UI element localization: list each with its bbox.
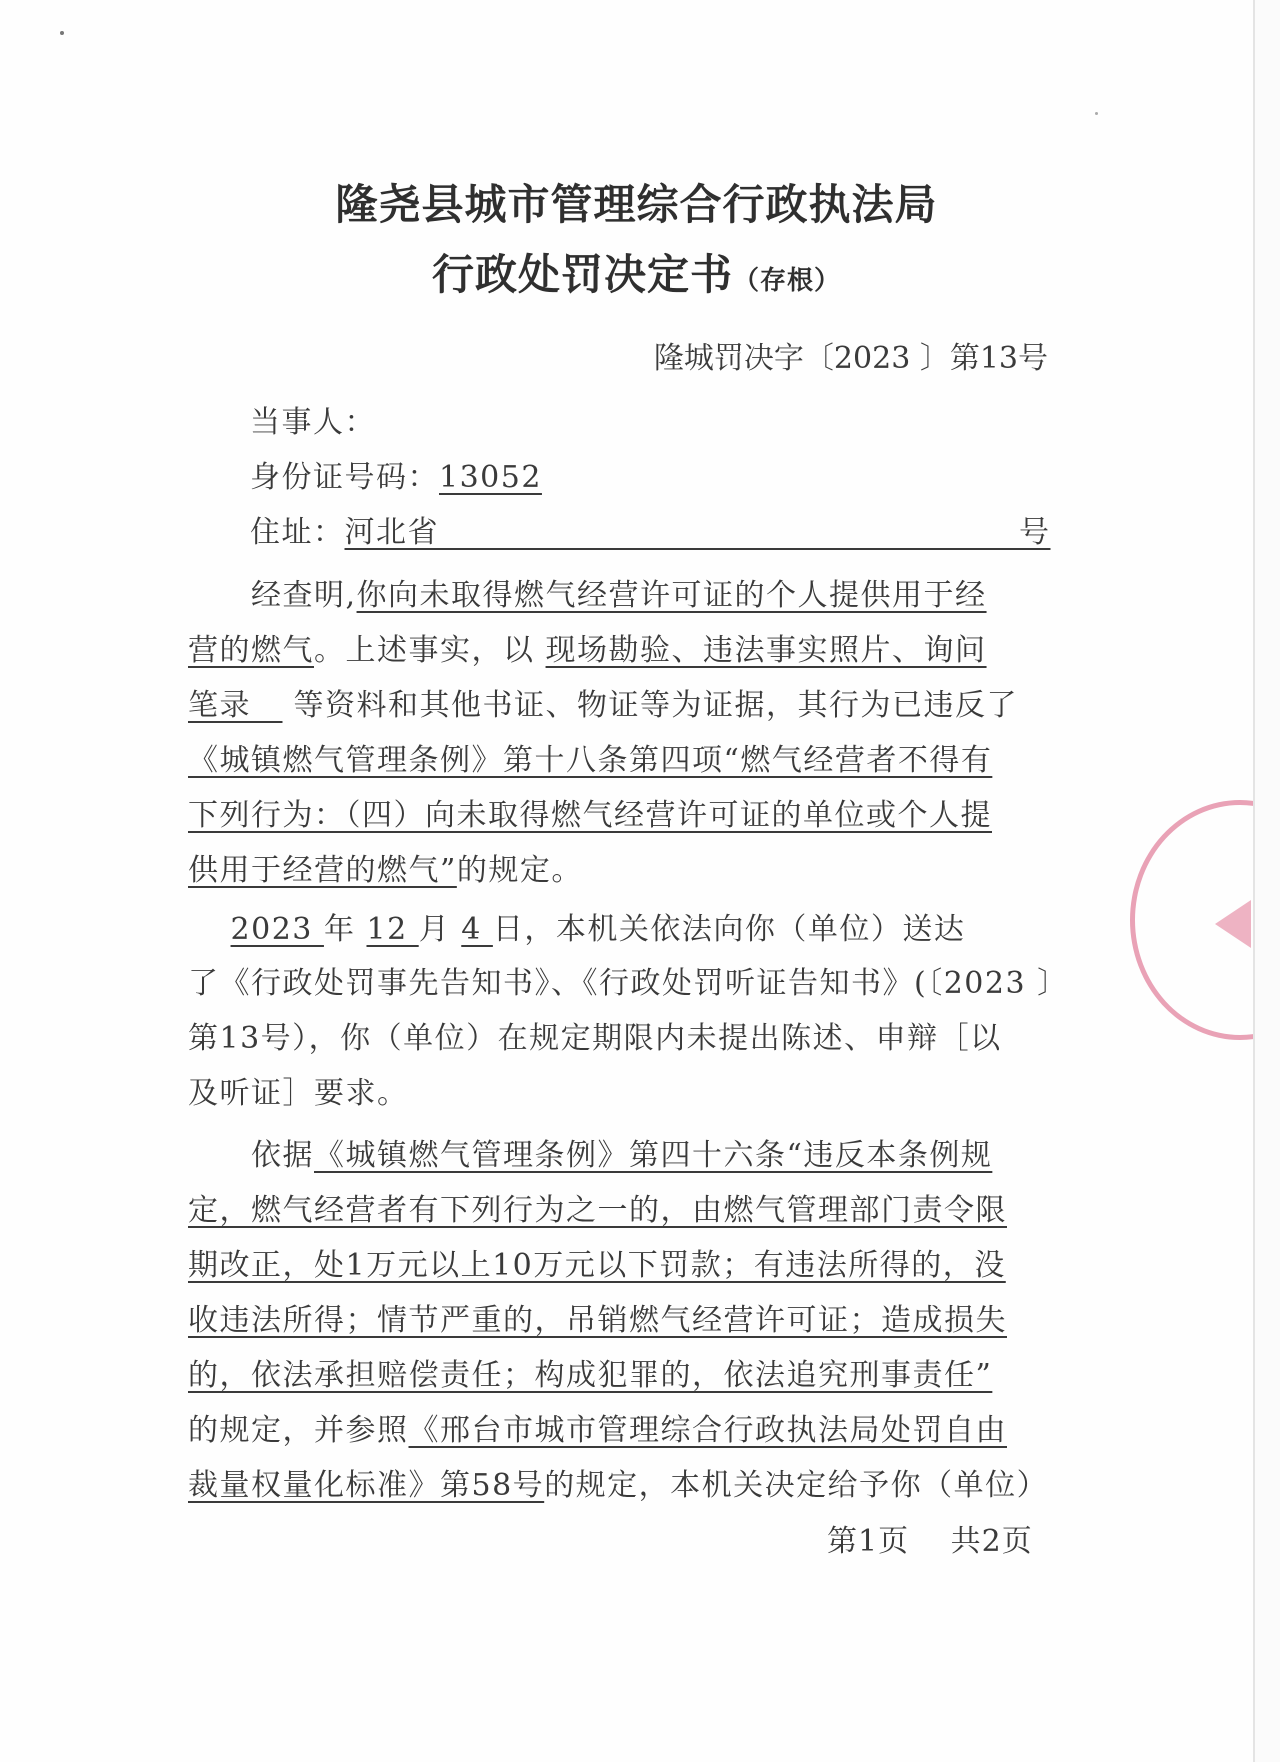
body-text-segment: 第13号），你（单位）在规定期限内未提出陈述、申辩［以 [188,1021,1002,1056]
body-underlined-segment: 收违法所得；情节严重的，吊销燃气经营许可证；造成损失 [188,1303,1007,1338]
body-text-segment: 等资料和其他书证、物证等为证据，其行为已违反了 [283,688,1019,723]
body-underlined-segment: 营的燃气 [188,633,314,668]
body-text-segment: 年 [324,912,367,947]
body-line: 营的燃气。上述事实，以 现场勘验、违法事实照片、询问 [188,625,987,669]
body-underlined-segment: 期改正，处1万元以上10万元以下罚款；有违法所得的，没 [188,1248,1006,1283]
address-label: 住址： [250,515,345,550]
body-line: 定，燃气经营者有下列行为之一的，由燃气管理部门责令限 [188,1185,1007,1229]
document-number: 隆城罚决字〔2023 〕第13号 [654,333,1048,377]
body-line: 了《行政处罚事先告知书》、《行政处罚听证告知书》(〔2023 〕 [188,958,1069,1002]
service-day: 4 [461,912,493,947]
body-line: 裁量权量化标准》第58号的规定，本机关决定给予你（单位） [188,1460,1048,1504]
body-text-segment: 的规定，本机关决定给予你（单位） [544,1468,1048,1503]
party-name-row: 当事人： [250,397,466,441]
body-line: 的规定，并参照《邢台市城市管理综合行政执法局处罚自由 [188,1405,1007,1449]
body-line: 期改正，处1万元以上10万元以下罚款；有违法所得的，没 [188,1240,1006,1284]
document-title: 行政处罚决定书（存根） [0,242,1253,302]
body-line: 依据《城镇燃气管理条例》第四十六条“违反本条例规 [188,1130,992,1174]
page-indicator: 第1页 共2页 [827,1516,1033,1560]
body-line: 笔录 等资料和其他书证、物证等为证据，其行为已违反了 [188,680,1018,724]
body-underlined-segment: 你向未取得燃气经营许可证的个人提供用于经 [357,578,987,613]
body-line: 《城镇燃气管理条例》第十八条第四项“燃气经营者不得有 [188,735,992,779]
body-underlined-segment: 《城镇燃气管理条例》第四十六条“违反本条例规 [314,1138,992,1173]
body-text-segment: 及听证］要求。 [188,1076,409,1111]
body-line: 及听证］要求。 [188,1068,409,1112]
address-redacted [439,518,1019,550]
address-row: 住址：河北省号 [250,507,1051,551]
id-number-row: 身份证号码：13052 [250,452,802,496]
body-text-segment: 经查明, [188,578,357,613]
id-number-label: 身份证号码： [250,460,439,495]
scan-speck [60,31,64,35]
body-underlined-segment: 裁量权量化标准》第58号 [188,1468,544,1503]
body-text-segment [188,912,231,947]
body-text-segment: 的规定。 [457,853,583,888]
body-text-segment: 日，本机关依法向你（单位）送达 [493,912,966,947]
address-value-end: 号 [1019,515,1051,550]
document-title-main: 行政处罚决定书 [432,250,733,299]
body-underlined-segment: 供用于经营的燃气” [188,853,457,888]
agency-title: 隆尧县城市管理综合行政执法局 [0,172,1253,232]
body-line: 第13号），你（单位）在规定期限内未提出陈述、申辩［以 [188,1013,1002,1057]
service-month: 12 [366,912,418,947]
body-underlined-segment: 《城镇燃气管理条例》第十八条第四项“燃气经营者不得有 [188,743,992,778]
body-text-segment: 依据 [188,1138,314,1173]
body-line: 的，依法承担赔偿责任；构成犯罪的，依法追究刑事责任” [188,1350,992,1394]
body-line: 供用于经营的燃气”的规定。 [188,845,583,889]
body-underlined-segment: 下列行为：（四）向未取得燃气经营许可证的单位或个人提 [188,798,992,833]
body-underlined-segment: 的，依法承担赔偿责任；构成犯罪的，依法追究刑事责任” [188,1358,992,1393]
seal-star-icon [1215,900,1251,948]
body-text-segment: 了《行政处罚事先告知书》、《行政处罚听证告知书》(〔2023 〕 [188,966,1069,1001]
id-number-value: 13052 [439,460,542,495]
body-underlined-segment: 现场勘验、违法事实照片、询问 [546,633,987,668]
body-text-segment: 的规定，并参照 [188,1413,409,1448]
body-text-segment: 。上述事实，以 [314,633,546,668]
body-text-segment: 月 [419,912,462,947]
document-title-suffix: （存根） [733,266,841,296]
body-line: 2023 年 12 月 4 日，本机关依法向你（单位）送达 [188,904,965,948]
address-value-start: 河北省 [345,515,440,550]
body-line: 下列行为：（四）向未取得燃气经营许可证的单位或个人提 [188,790,992,834]
seal-ring [1130,800,1253,1040]
service-year: 2023 [231,912,324,947]
body-line: 收违法所得；情节严重的，吊销燃气经营许可证；造成损失 [188,1295,1007,1339]
body-underlined-segment: 笔录 [188,688,283,723]
body-underlined-segment: 定，燃气经营者有下列行为之一的，由燃气管理部门责令限 [188,1193,1007,1228]
party-name-label: 当事人： [250,405,376,440]
body-underlined-segment: 《邢台市城市管理综合行政执法局处罚自由 [409,1413,1008,1448]
document-page: 隆尧县城市管理综合行政执法局 行政处罚决定书（存根） 隆城罚决字〔2023 〕第… [0,0,1255,1762]
scan-speck [1095,112,1098,115]
body-line: 经查明,你向未取得燃气经营许可证的个人提供用于经 [188,570,987,614]
